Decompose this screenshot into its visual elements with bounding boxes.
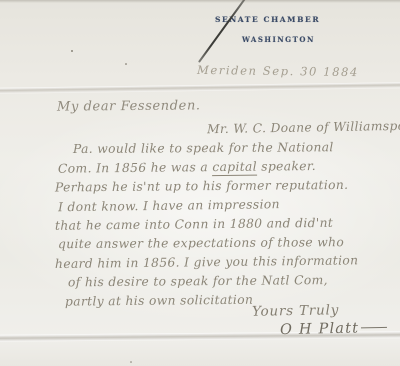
underlined-word: capital bbox=[212, 160, 257, 176]
paper-top-edge-shadow bbox=[0, 0, 400, 3]
salutation: My dear Fessenden. bbox=[57, 98, 201, 114]
paper-speck bbox=[125, 63, 127, 65]
scanned-letter: SENATE CHAMBER WASHINGTON Meriden Sep. 3… bbox=[0, 0, 400, 366]
body-line-segment: speaker. bbox=[257, 159, 316, 174]
letterhead-washington: WASHINGTON bbox=[242, 35, 320, 44]
body-line-segment: Com. In 1856 he was a bbox=[58, 160, 212, 176]
fold-crease-top bbox=[0, 82, 400, 94]
handwritten-dateline: Meriden Sep. 30 1884 bbox=[197, 63, 359, 79]
paper-speck bbox=[71, 50, 73, 52]
letter-body: Mr. W. C. Doane of Williamsport Pa. woul… bbox=[55, 120, 389, 310]
signature: O H Platt bbox=[280, 320, 388, 338]
closing: Yours Truly bbox=[252, 302, 339, 320]
paper-speck bbox=[130, 361, 132, 363]
